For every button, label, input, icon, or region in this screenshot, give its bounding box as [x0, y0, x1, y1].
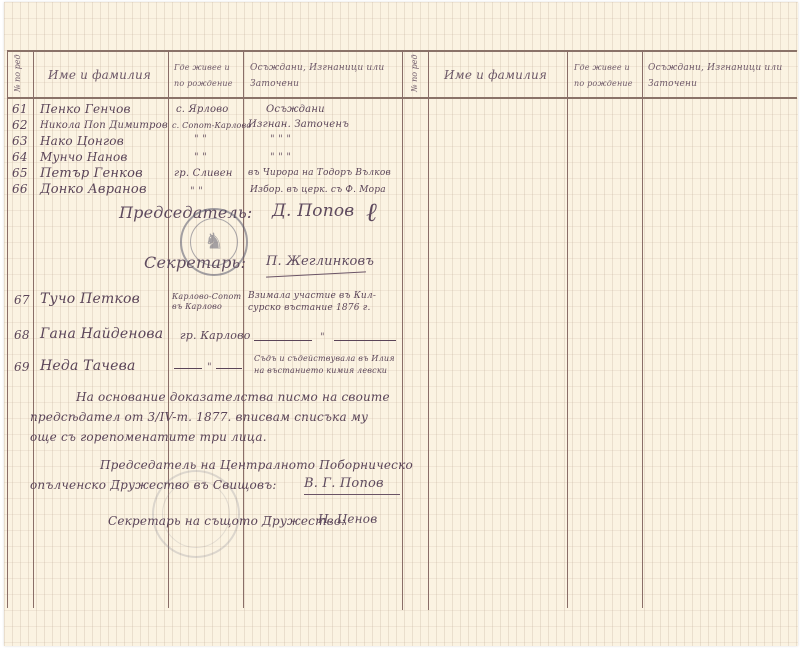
- row-residence: с. Сопот-Карлово: [172, 121, 251, 130]
- chairman-signature: Д. Попов: [272, 201, 354, 221]
- row-status-line1: Взимала участие въ Кил-: [248, 291, 376, 301]
- right-header-number: № по ред: [410, 54, 419, 92]
- row-name: Донко Авранов: [40, 182, 147, 197]
- row-number: 67: [14, 293, 30, 307]
- ditto-dash: [174, 368, 202, 369]
- row-number: 64: [12, 150, 28, 164]
- ditto-dash: [254, 340, 312, 341]
- row-residence-line1: Карлово-Сопот: [172, 292, 241, 301]
- col-rule-number-left: [33, 50, 34, 608]
- lion-emblem-icon: ♞: [204, 230, 224, 255]
- row-status-ditto: ": [320, 332, 325, 343]
- row-residence-line2: въ Карлово: [172, 302, 222, 311]
- row-residence: гр. Карлово: [180, 329, 251, 342]
- note-line-2: предсѣдател от 3/IV-т. 1877. вписвам спи…: [30, 408, 368, 427]
- chairman-underline: [304, 494, 400, 495]
- row-name: Мунчо Нанов: [40, 150, 128, 164]
- secretary-label: Секретарь:: [144, 253, 246, 272]
- col-rule-left-border: [7, 50, 8, 608]
- row-name: Никола Поп Димитров: [40, 120, 168, 131]
- row-status-line2: на въстанието кимия левски: [254, 366, 387, 375]
- left-header-residence: Где живее и по рождение: [174, 60, 240, 92]
- secretary-underline: [266, 271, 366, 277]
- central-chairman-signature: В. Г. Попов: [304, 476, 384, 491]
- central-chairman-line2: опълченско Дружество въ Свищовъ:: [30, 476, 277, 495]
- col-rule-name-right: [567, 50, 568, 608]
- row-status: въ Чирора на Тодоръ Вълков: [248, 168, 391, 178]
- row-residence-ditto: " ": [194, 134, 207, 145]
- row-residence-ditto: ": [207, 362, 212, 373]
- secretary-signature: П. Жеглинковъ: [266, 254, 374, 269]
- right-header-name: Име и фамилия: [444, 68, 547, 82]
- row-name: Гана Найденова: [40, 326, 163, 342]
- row-number: 63: [12, 134, 28, 148]
- central-chairman-line1: Председатель на Централното Поборническо: [100, 456, 413, 475]
- note-line-3: още съ горепоменатите три лица.: [30, 428, 267, 447]
- note-line-1: На основание доказателства писмо на свои…: [76, 388, 390, 407]
- row-status-ditto: " " ": [270, 152, 291, 163]
- col-rule-status-right: [402, 50, 403, 610]
- row-name: Петър Генков: [40, 166, 143, 181]
- col-rule-residence-right: [642, 50, 643, 608]
- right-header-residence: Где живее и по рождение: [574, 60, 640, 92]
- left-header-number: № по ред: [13, 54, 22, 92]
- row-number: 69: [14, 360, 30, 374]
- row-number: 66: [12, 182, 28, 196]
- ditto-dash: [216, 368, 242, 369]
- row-residence: с. Ярлово: [176, 104, 228, 115]
- row-name: Неда Тачева: [40, 358, 136, 374]
- ledger-page: № по ред Име и фамилия Где живее и по ро…: [4, 2, 798, 646]
- row-number: 62: [12, 118, 28, 132]
- row-name: Тучо Петков: [40, 291, 140, 307]
- row-status: Избор. въ церк. съ Ф. Мора: [250, 185, 386, 195]
- row-name: Пенко Генчов: [40, 102, 131, 116]
- signature-flourish-icon: ℓ: [366, 198, 377, 228]
- left-header-name: Име и фамилия: [48, 68, 151, 82]
- central-secretary-label: Секретарь на същото Дружество:: [108, 512, 346, 531]
- row-status: Осъждани: [266, 104, 325, 115]
- row-status-ditto: " " ": [270, 134, 291, 145]
- ditto-dash: [334, 340, 396, 341]
- row-number: 68: [14, 328, 30, 342]
- col-rule-number-right: [428, 50, 429, 610]
- row-residence-ditto: " ": [194, 152, 207, 163]
- left-header-status: Осъждани, Изгнаници или Заточени: [250, 60, 400, 92]
- central-secretary-signature: Н. Ценов: [318, 512, 377, 526]
- row-residence: гр. Сливен: [174, 168, 233, 179]
- row-name: Нако Цонгов: [40, 134, 124, 148]
- row-status: Изгнан. Заточенъ: [248, 119, 349, 130]
- row-status-line2: сурско въстание 1876 г.: [248, 303, 371, 313]
- right-header-status: Осъждани, Изгнаници или Заточени: [648, 60, 798, 92]
- row-residence-ditto: " ": [190, 186, 203, 197]
- row-number: 61: [12, 102, 28, 116]
- row-status-line1: Съдъ и съдействувала въ Илия: [254, 354, 395, 363]
- row-number: 65: [12, 166, 28, 180]
